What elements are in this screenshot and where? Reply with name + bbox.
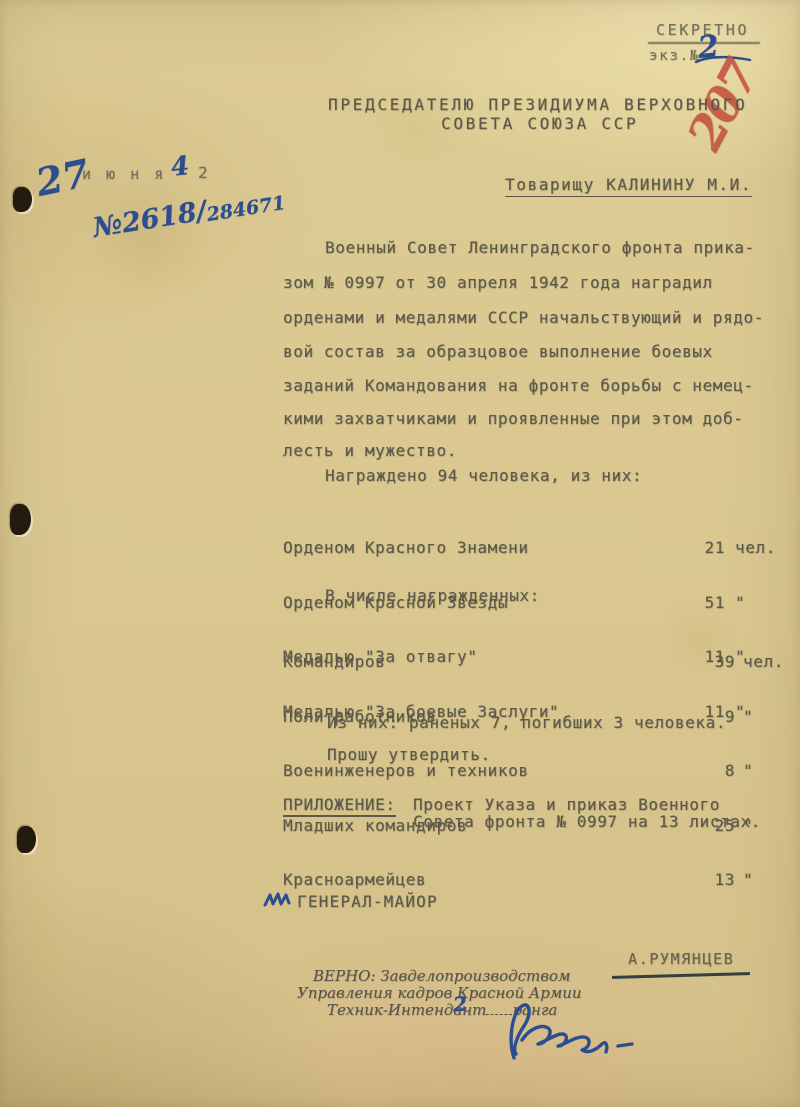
reg-year-handwritten: 4 [169,151,190,183]
categories-table: Командиров 39 чел. Политработников 9 " В… [283,614,783,925]
reg-year-typed: 2 [198,163,208,182]
category-label: Военинженеров и техников [283,761,529,780]
category-unit: чел. [743,652,784,671]
punch-hole [10,504,31,535]
category-unit: " [743,707,753,726]
body-line: заданий Командования на фронте борьбы с … [283,376,754,395]
reg-number-sub: 284671 [205,192,287,226]
category-count: 39 [695,652,735,671]
category-row: Красноармейцев 13 " [283,870,783,887]
category-unit: " [743,870,753,889]
signer-underline [612,972,750,978]
casualties-line: Из них: раненых 7, погибших 3 человека. [327,713,726,732]
body-line: лесть и мужество. [283,441,457,460]
reg-number-handwritten: №2618/284671 [91,183,287,244]
award-label: Орденом Красного Знамени [283,538,529,557]
copy-number-label: экз.№ [649,48,700,64]
attachment-label: ПРИЛОЖЕНИЕ: [283,795,396,817]
category-count: 8 [695,761,735,780]
body-line: вой состав за образцовое выполнение боев… [283,342,713,361]
signer-name: А.РУМЯНЦЕВ [628,950,734,968]
category-count: 13 [695,870,735,889]
attachment-line2: Совета фронта № 0997 на 13 листах. [413,812,761,831]
hand-mark-scribble [263,891,291,909]
category-unit: " [743,761,753,780]
document-page: СЕКРЕТНО экз.№ 2 207 ПРЕДСЕДАТЕЛЮ ПРЕЗИД… [0,0,800,1107]
category-row: Командиров 39 чел. [283,652,783,669]
awarded-total-line: Награждено 94 человека, из них: [325,466,642,485]
body-line: кими захватчиками и проявленные при этом… [283,409,743,428]
reg-month-typed: и ю н я [82,165,166,183]
addressee-line: Товарищу КАЛИНИНУ М.И. [505,175,752,197]
award-unit: чел. [735,538,776,557]
award-count: 21 [685,538,725,557]
award-unit: " [735,593,745,612]
category-label: Красноармейцев [283,870,426,889]
award-row: Орденом Красного Знамени 21 чел. [283,538,783,555]
recipient-title-line2: СОВЕТА СОЮЗА ССР [441,114,638,133]
categories-header: В числе награжденных: [325,586,540,605]
reg-number-main: №2618/ [91,195,209,244]
punch-hole [13,187,32,212]
recipient-title-line1: ПРЕДСЕДАТЕЛЮ ПРЕЗИДИУМА ВЕРХОВНОГО [328,95,747,114]
award-count: 51 [685,593,725,612]
body-line: Военный Совет Ленинградского фронта прик… [325,238,755,257]
certifier-signature-scribble [500,1000,670,1070]
general-rank: ГЕНЕРАЛ-МАЙОР [297,892,438,911]
approval-line: Прошу утвердить. [327,745,491,764]
certifier-rank-number-handwritten: 2 [452,992,468,1017]
body-line: орденами и медалями СССР начальствующий … [283,308,764,327]
body-line: зом № 0997 от 30 апреля 1942 года наград… [283,273,713,292]
category-label: Командиров [283,652,385,671]
punch-hole [17,826,36,853]
certification-line1: ВЕРНО: Завделопроизводством [313,967,570,985]
